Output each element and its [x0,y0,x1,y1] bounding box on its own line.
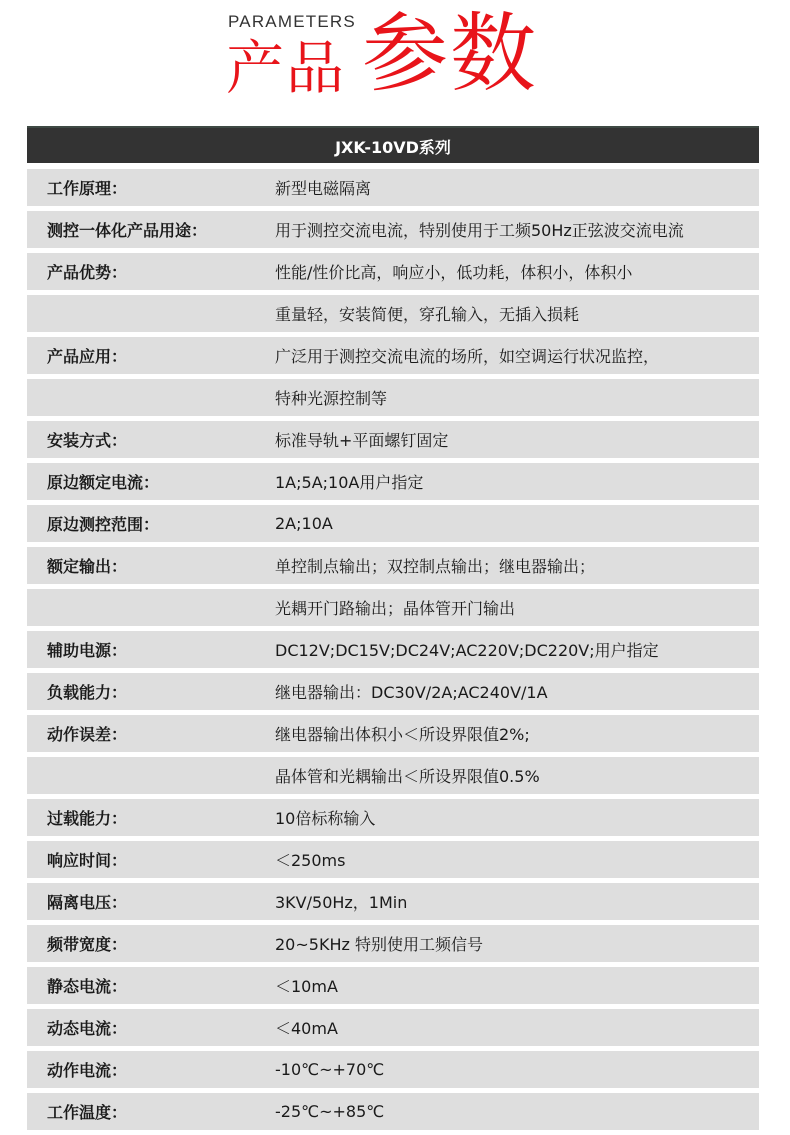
row-label: 过载能力： [27,806,257,829]
table-row: 光耦开门路输出；晶体管开门输出 [27,589,759,626]
table-row: 晶体管和光耦输出＜所设界限值0.5% [27,757,759,794]
table-row: 动作误差：继电器输出体积小＜所设界限值2%; [27,715,759,752]
table-row: 响应时间：＜250ms [27,841,759,878]
row-label: 频带宽度： [27,932,257,955]
table-row: 静态电流：＜10mA [27,967,759,1004]
row-label: 工作原理： [27,176,257,199]
row-label: 工作温度： [27,1100,257,1123]
subtitle-parameters: PARAMETERS [228,12,356,32]
table-row: 测控一体化产品用途：用于测控交流电流，特别使用于工频50Hz正弦波交流电流 [27,211,759,248]
table-row: 频带宽度：20~5KHz 特别使用工频信号 [27,925,759,962]
row-value: 标准导轨+平面螺钉固定 [257,428,448,451]
row-value: 2A;10A [257,514,333,533]
row-value: 20~5KHz 特别使用工频信号 [257,932,483,955]
table-row: 原边额定电流：1A;5A;10A用户指定 [27,463,759,500]
row-value: 重量轻，安装简便，穿孔输入，无插入损耗 [257,302,579,325]
row-value: 用于测控交流电流，特别使用于工频50Hz正弦波交流电流 [257,218,684,241]
parameters-table: JXK-10VD系列 工作原理：新型电磁隔离 测控一体化产品用途：用于测控交流电… [27,126,759,1135]
row-label: 隔离电压： [27,890,257,913]
row-value: 性能/性价比高，响应小，低功耗，体积小，体积小 [257,260,632,283]
row-value: 光耦开门路输出；晶体管开门输出 [257,596,515,619]
row-value: 晶体管和光耦输出＜所设界限值0.5% [257,764,540,787]
table-row: 重量轻，安装简便，穿孔输入，无插入损耗 [27,295,759,332]
row-value: ＜250ms [257,848,345,871]
row-value: 新型电磁隔离 [257,176,371,199]
table-heading: JXK-10VD系列 [27,126,759,163]
page-header: PARAMETERS 产品 参数 [0,0,790,120]
table-row: 原边测控范围：2A;10A [27,505,759,542]
row-label: 动作电流： [27,1058,257,1081]
row-label: 原边额定电流： [27,470,257,493]
table-row: 动作电流：-10℃~+70℃ [27,1051,759,1088]
row-value: 单控制点输出；双控制点输出；继电器输出； [257,554,595,577]
table-row: 工作原理：新型电磁隔离 [27,169,759,206]
row-value: 特种光源控制等 [257,386,387,409]
row-value: ＜40mA [257,1016,338,1039]
row-label: 响应时间： [27,848,257,871]
row-value: 10倍标称输入 [257,806,375,829]
row-label: 原边测控范围： [27,512,257,535]
row-value: 1A;5A;10A用户指定 [257,470,423,493]
row-label: 辅助电源： [27,638,257,661]
table-row: 额定输出：单控制点输出；双控制点输出；继电器输出； [27,547,759,584]
row-label: 测控一体化产品用途： [27,218,257,241]
row-value: -10℃~+70℃ [257,1060,384,1079]
row-label: 产品优势： [27,260,257,283]
title-parameters: 参数 [362,6,538,102]
row-value: 继电器输出体积小＜所设界限值2%; [257,722,530,745]
table-row: 工作温度：-25℃~+85℃ [27,1093,759,1130]
title-product: 产品 [226,36,346,100]
table-body: 工作原理：新型电磁隔离 测控一体化产品用途：用于测控交流电流，特别使用于工频50… [27,169,759,1130]
row-label: 动作误差： [27,722,257,745]
table-row: 隔离电压：3KV/50Hz，1Min [27,883,759,920]
table-row: 动态电流：＜40mA [27,1009,759,1046]
row-label: 动态电流： [27,1016,257,1039]
row-value: 继电器输出：DC30V/2A;AC240V/1A [257,680,548,703]
table-row: 辅助电源：DC12V;DC15V;DC24V;AC220V;DC220V;用户指… [27,631,759,668]
table-row: 安装方式：标准导轨+平面螺钉固定 [27,421,759,458]
row-label: 负载能力： [27,680,257,703]
row-value: ＜10mA [257,974,338,997]
row-value: 广泛用于测控交流电流的场所，如空调运行状况监控， [257,344,659,367]
row-value: DC12V;DC15V;DC24V;AC220V;DC220V;用户指定 [257,638,659,661]
table-row: 产品优势：性能/性价比高，响应小，低功耗，体积小，体积小 [27,253,759,290]
row-value: 3KV/50Hz，1Min [257,890,407,913]
row-label: 安装方式： [27,428,257,451]
table-row: 过载能力：10倍标称输入 [27,799,759,836]
row-label: 额定输出： [27,554,257,577]
row-label: 静态电流： [27,974,257,997]
table-row: 特种光源控制等 [27,379,759,416]
row-label: 产品应用： [27,344,257,367]
table-row: 负载能力：继电器输出：DC30V/2A;AC240V/1A [27,673,759,710]
row-value: -25℃~+85℃ [257,1102,384,1121]
table-row: 产品应用：广泛用于测控交流电流的场所，如空调运行状况监控， [27,337,759,374]
